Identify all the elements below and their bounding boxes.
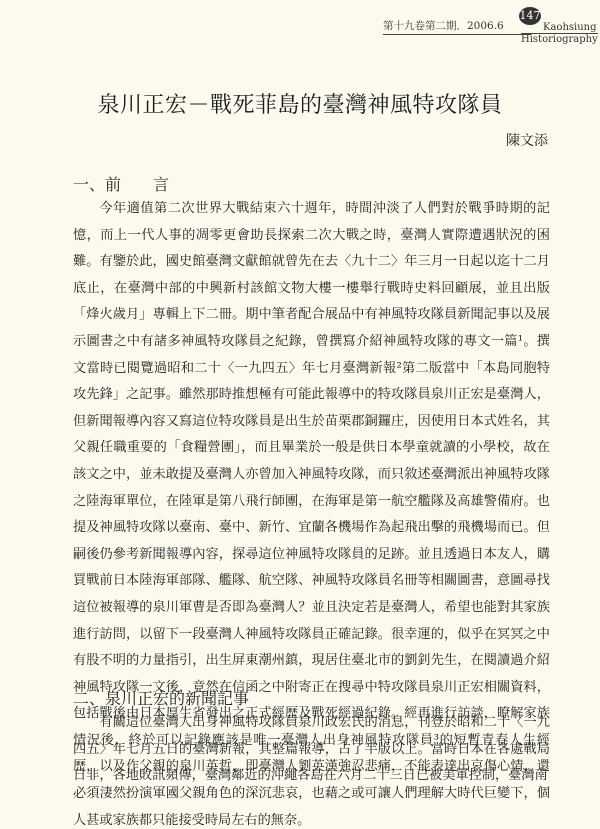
journal-name-line2: Historiography [521,33,598,45]
article-title: 泉川正宏－戰死菲島的臺灣神風特攻隊員 [0,88,600,119]
article-author: 陳文添 [506,130,548,150]
page-number-badge: 147 [519,7,541,25]
section-body-news: 有關這位臺灣人出身神風特攻隊員泉川政宏氏的消息，刊登於昭和二十〈一九四五〉年七月… [73,710,550,790]
section-heading-intro: 一、前 言 [73,172,169,195]
running-header: 第十九卷第二期．2006.6 147 Kaohsiung Historiogra… [383,6,600,46]
issue-info: 第十九卷第二期．2006.6 [383,18,531,35]
section-heading-news: 二、泉川正宏的新聞記事 [73,686,249,709]
journal-name-line1: Kaohsiung [543,22,597,33]
paragraph: 有關這位臺灣人出身神風特攻隊員泉川政宏氏的消息，刊登於昭和二十〈一九四五〉年七月… [73,710,550,790]
